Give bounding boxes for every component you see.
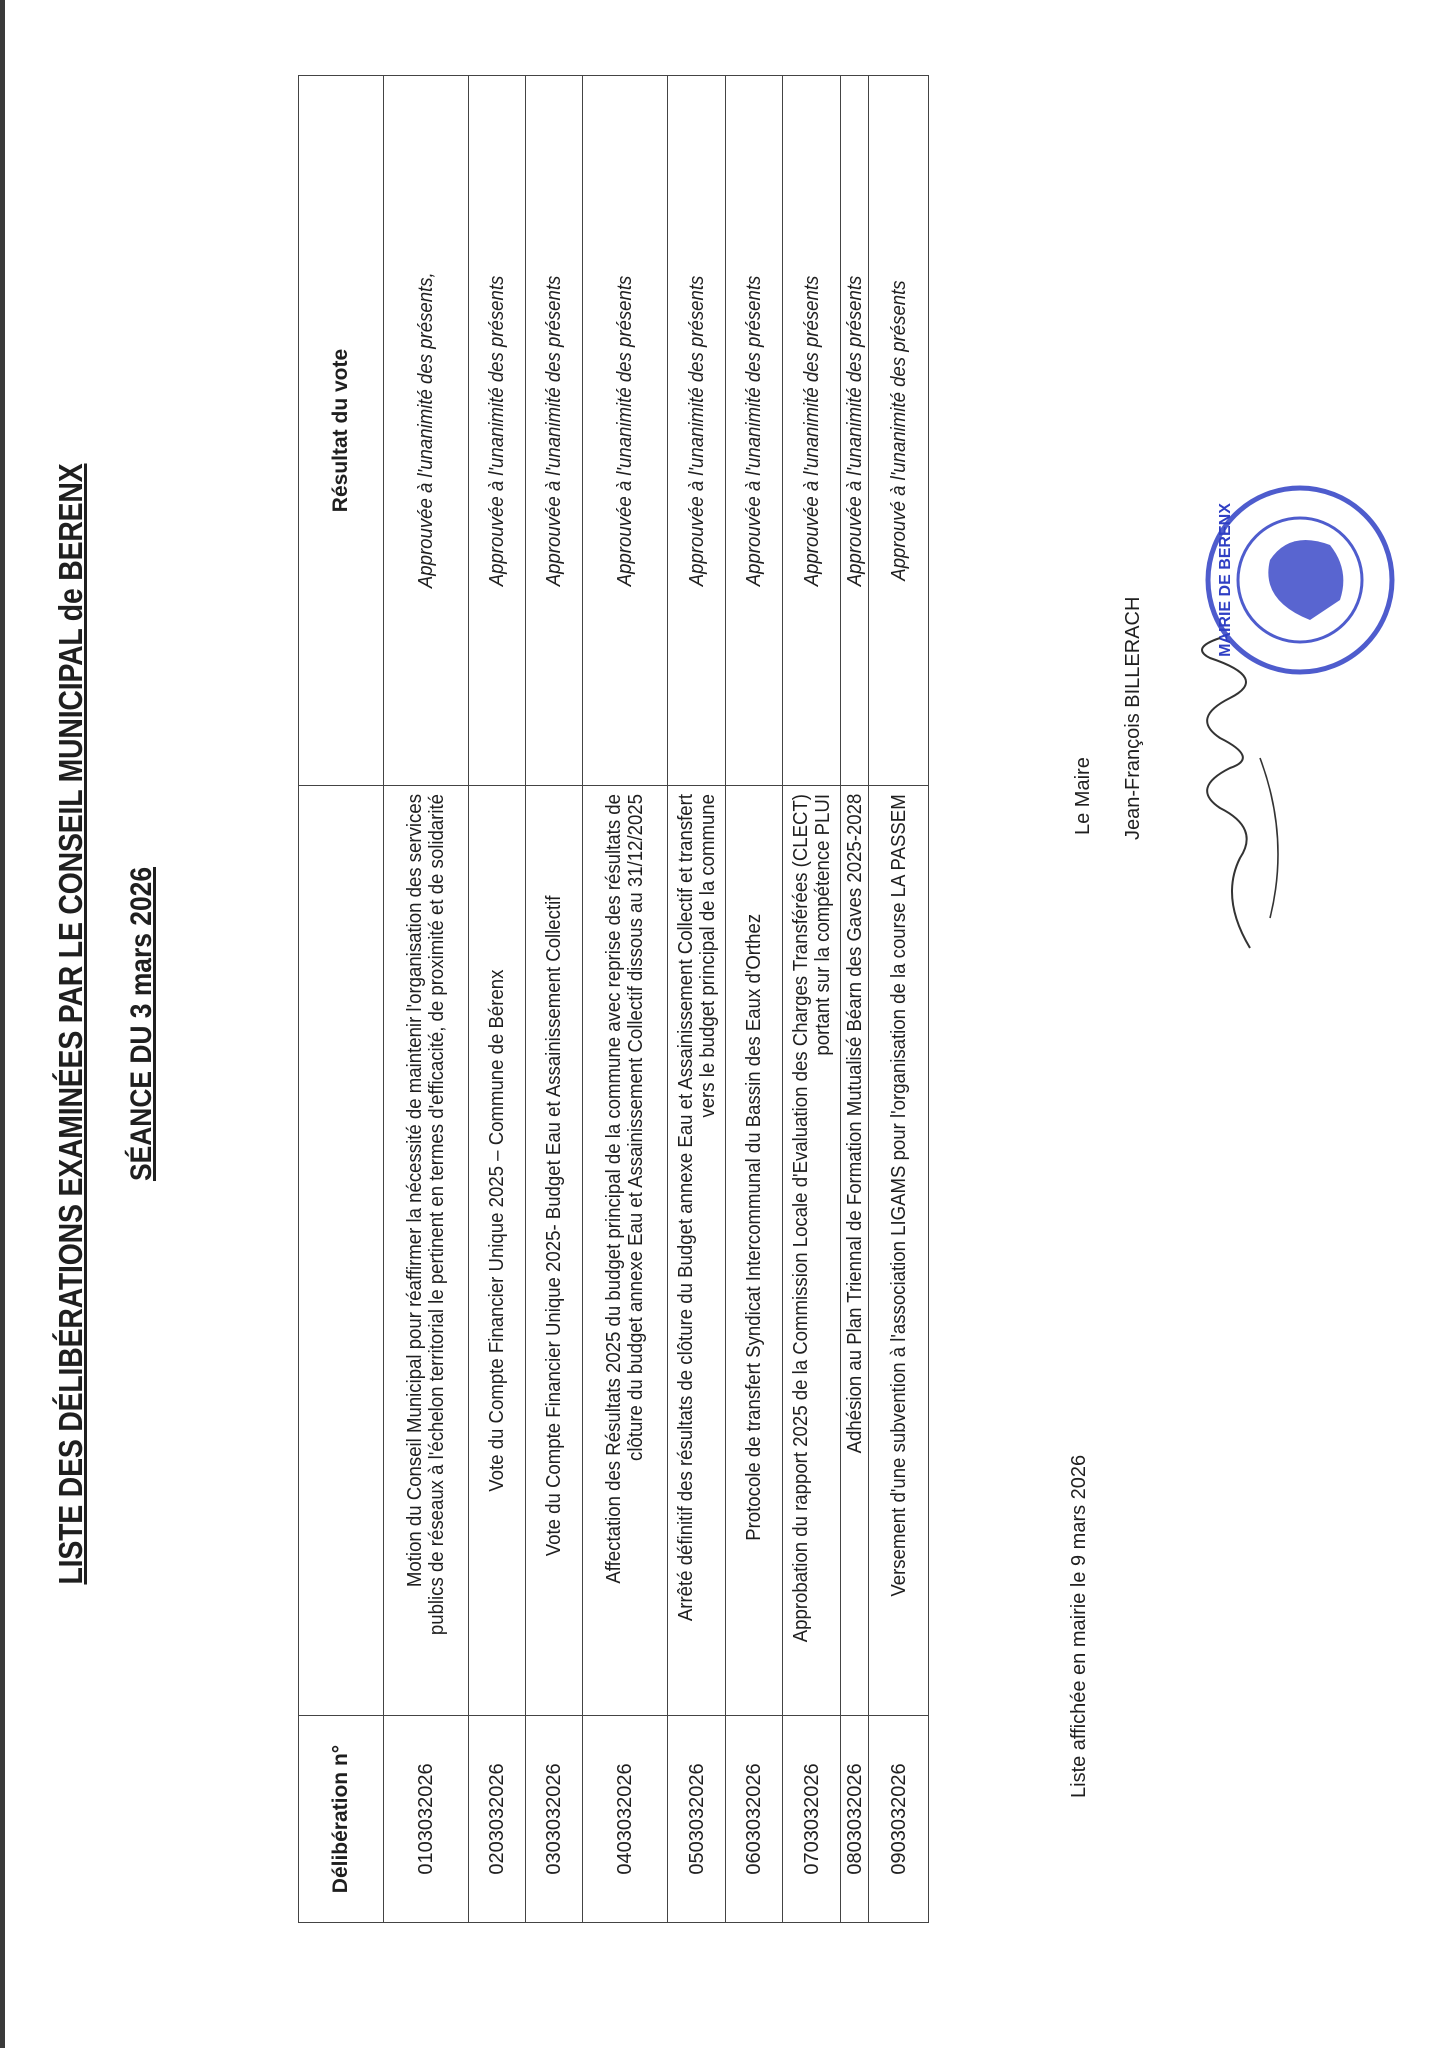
deliberation-object-text: Adhésion au Plan Triennal de Formation M…: [844, 794, 866, 1454]
deliberation-object-text: Protocole de transfert Syndicat Intercom…: [743, 913, 765, 1540]
table-row: 0503032026Arrêté définitif des résultats…: [668, 76, 726, 1923]
deliberations-table: Délibération n° Résultat du vote 0103032…: [298, 75, 929, 1923]
vote-result: Approuvée à l'unanimité des présents: [526, 76, 583, 786]
session-date-subtitle: SÉANCE DU 3 mars 2026: [125, 123, 159, 1925]
deliberation-object: Adhésion au Plan Triennal de Formation M…: [841, 786, 869, 1716]
vote-result: Approuvée à l'unanimité des présents: [783, 76, 841, 786]
table-header-row: Délibération n° Résultat du vote: [299, 76, 384, 1923]
header-number: Délibération n°: [299, 1716, 384, 1923]
deliberation-number: 0703032026: [783, 1716, 841, 1923]
header-object: [299, 786, 384, 1716]
deliberation-object: Protocole de transfert Syndicat Intercom…: [726, 786, 783, 1716]
vote-result: Approuvée à l'unanimité des présents: [841, 76, 869, 786]
header-result: Résultat du vote: [299, 76, 384, 786]
document-title: LISTE DES DÉLIBÉRATIONS EXAMINÉES PAR LE…: [52, 143, 90, 1904]
deliberation-object-text: Affectation des Résultats 2025 du budget…: [603, 794, 647, 1643]
deliberation-number: 0903032026: [869, 1716, 929, 1923]
deliberation-object: Approbation du rapport 2025 de la Commis…: [783, 786, 841, 1716]
deliberation-number: 0403032026: [583, 1716, 668, 1923]
signature-icon: [1160, 628, 1300, 958]
vote-result-text: Approuvée à l'unanimité des présents: [686, 275, 708, 586]
table-row: 0203032026Vote du Compte Financier Uniqu…: [469, 76, 526, 1923]
vote-result: Approuvée à l'unanimité des présents: [668, 76, 726, 786]
signatory-name: Jean-François BILLERACH: [1122, 597, 1145, 840]
deliberation-number: 0603032026: [726, 1716, 783, 1923]
deliberation-object-text: Vote du Compte Financier Unique 2025- Bu…: [543, 895, 565, 1556]
deliberation-object-text: Vote du Compte Financier Unique 2025 – C…: [486, 970, 508, 1492]
table-row: 0703032026Approbation du rapport 2025 de…: [783, 76, 841, 1923]
deliberation-object: Arrêté définitif des résultats de clôtur…: [668, 786, 726, 1716]
deliberation-object-text: Versement d'une subvention à l'associati…: [888, 794, 910, 1596]
deliberation-object: Versement d'une subvention à l'associati…: [869, 786, 929, 1716]
table-row: 0403032026Affectation des Résultats 2025…: [583, 76, 668, 1923]
document-page: LISTE DES DÉLIBÉRATIONS EXAMINÉES PAR LE…: [0, 0, 1453, 2048]
signatory-role: Le Maire: [1072, 757, 1095, 835]
vote-result-text: Approuvée à l'unanimité des présents: [614, 275, 636, 586]
deliberation-object: Vote du Compte Financier Unique 2025- Bu…: [526, 786, 583, 1716]
vote-result-text: Approuvé à l'unanimité des présents: [888, 280, 910, 580]
vote-result: Approuvée à l'unanimité des présents: [469, 76, 526, 786]
deliberation-object-text: Motion du Conseil Municipal pour réaffir…: [404, 794, 448, 1643]
deliberation-object: Affectation des Résultats 2025 du budget…: [583, 786, 668, 1716]
vote-result-text: Approuvée à l'unanimité des présents: [743, 275, 765, 586]
deliberation-number: 0103032026: [384, 1716, 469, 1923]
vote-result: Approuvé à l'unanimité des présents: [869, 76, 929, 786]
table-row: 0603032026Protocole de transfert Syndica…: [726, 76, 783, 1923]
vote-result: Approuvée à l'unanimité des présents: [726, 76, 783, 786]
vote-result-text: Approuvée à l'unanimité des présents: [486, 275, 508, 586]
deliberation-number: 0203032026: [469, 1716, 526, 1923]
vote-result-text: Approuvée à l'unanimité des présents,: [415, 273, 437, 589]
deliberation-object-text: Approbation du rapport 2025 de la Commis…: [790, 794, 834, 1643]
deliberation-number: 0303032026: [526, 1716, 583, 1923]
vote-result-text: Approuvée à l'unanimité des présents: [801, 275, 823, 586]
deliberation-object: Motion du Conseil Municipal pour réaffir…: [384, 786, 469, 1716]
table-row: 0903032026Versement d'une subvention à l…: [869, 76, 929, 1923]
deliberation-number: 0803032026: [841, 1716, 869, 1923]
deliberation-object: Vote du Compte Financier Unique 2025 – C…: [469, 786, 526, 1716]
vote-result: Approuvée à l'unanimité des présents,: [384, 76, 469, 786]
table-row: 0103032026Motion du Conseil Municipal po…: [384, 76, 469, 1923]
deliberation-number: 0503032026: [668, 1716, 726, 1923]
vote-result: Approuvée à l'unanimité des présents: [583, 76, 668, 786]
vote-result-text: Approuvée à l'unanimité des présents: [543, 275, 565, 586]
table-row: 0303032026Vote du Compte Financier Uniqu…: [526, 76, 583, 1923]
posted-notice: Liste affichée en mairie le 9 mars 2026: [1068, 1455, 1091, 1798]
vote-result-text: Approuvée à l'unanimité des présents: [844, 275, 866, 586]
table-row: 0803032026Adhésion au Plan Triennal de F…: [841, 76, 869, 1923]
deliberation-object-text: Arrêté définitif des résultats de clôtur…: [675, 794, 719, 1643]
